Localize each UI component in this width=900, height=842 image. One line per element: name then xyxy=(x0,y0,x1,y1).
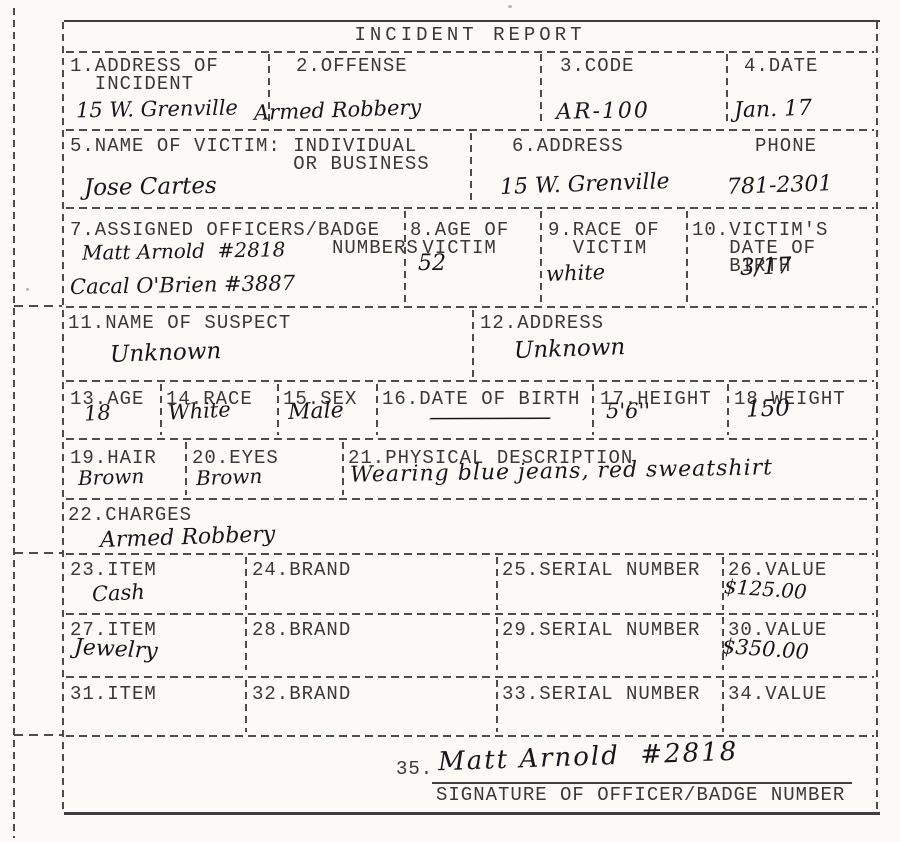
scan-speck xyxy=(508,5,512,8)
victim-age-value: 52 xyxy=(418,252,446,275)
suspect-age-value: 18 xyxy=(83,401,111,425)
page-left-edge-line xyxy=(13,8,15,838)
victim-dob-value: 3/17 xyxy=(740,255,792,280)
form-bottom-line xyxy=(64,812,880,815)
victim-address-label: 6.ADDRESS xyxy=(512,137,624,155)
column-divider xyxy=(540,211,542,303)
item3-label: 31.ITEM xyxy=(70,685,157,703)
form-gutter-line xyxy=(62,22,64,812)
victim-address-value: 15 W. Grenville xyxy=(500,170,670,199)
eyes-value: Brown xyxy=(196,465,263,490)
suspect-weight-value: 150 xyxy=(746,397,791,422)
suspect-address-label: 12.ADDRESS xyxy=(480,314,604,332)
code-label: 3.CODE xyxy=(560,57,634,75)
item1-serial-label: 25.SERIAL NUMBER xyxy=(502,561,700,579)
victim-phone-label: PHONE xyxy=(755,137,817,155)
column-divider xyxy=(496,680,498,732)
column-divider xyxy=(496,557,498,610)
hair-value: Brown xyxy=(78,465,145,490)
column-divider xyxy=(160,384,162,435)
victim-phone-value: 781-2301 xyxy=(727,172,833,199)
date-label: 4.DATE xyxy=(744,57,818,75)
scanned-incident-report: INCIDENT REPORT 1.ADDRESS OF INCIDENT 2.… xyxy=(0,0,900,842)
signature-number-label: 35. xyxy=(396,760,433,778)
incident-address-label: 1.ADDRESS OF INCIDENT xyxy=(70,57,219,93)
gutter-tick xyxy=(14,552,62,554)
column-divider xyxy=(727,384,729,435)
separator-line xyxy=(66,207,874,209)
offense-value: Armed Robbery xyxy=(254,96,422,125)
separator-line xyxy=(66,553,874,555)
gutter-tick xyxy=(14,734,62,736)
description-value: Wearing blue jeans, red sweatshirt xyxy=(350,456,773,486)
officer1-value: Matt Arnold #2818 xyxy=(82,238,286,265)
column-divider xyxy=(472,310,474,377)
charges-value: Armed Robbery xyxy=(100,523,276,552)
item3-serial-label: 33.SERIAL NUMBER xyxy=(502,685,700,703)
date-value: Jan. 17 xyxy=(734,97,813,123)
separator-line xyxy=(66,498,874,500)
officer-signature: Matt Arnold #2818 xyxy=(438,741,739,774)
victim-name-label: 5.NAME OF VICTIM: INDIVIDUAL OR BUSINESS xyxy=(70,137,430,173)
victim-race-value: white xyxy=(546,261,606,286)
separator-line xyxy=(66,613,874,615)
form-title: INCIDENT REPORT xyxy=(66,26,874,44)
column-divider xyxy=(686,211,688,303)
suspect-name-label: 11.NAME OF SUSPECT xyxy=(68,314,291,332)
item1-value-value: $125.00 xyxy=(723,575,807,604)
separator-line xyxy=(66,129,874,131)
column-divider xyxy=(540,54,542,126)
column-divider xyxy=(376,384,378,435)
separator-line xyxy=(66,438,874,440)
column-divider xyxy=(245,680,247,732)
officers-label-line2: NUMBERS xyxy=(332,239,419,257)
item1-label: 23.ITEM xyxy=(70,561,157,579)
separator-line xyxy=(66,51,874,53)
separator-line xyxy=(66,676,874,678)
scan-speck xyxy=(26,288,29,291)
column-divider xyxy=(726,54,728,126)
item1-brand-label: 24.BRAND xyxy=(252,561,351,579)
form-right-edge-line xyxy=(876,22,878,812)
item2-item-value: Jewelry xyxy=(73,636,158,663)
separator-line xyxy=(66,306,874,308)
column-divider xyxy=(342,442,344,495)
column-divider xyxy=(470,133,472,203)
incident-address-value: 15 W. Grenville xyxy=(76,97,238,123)
column-divider xyxy=(277,384,279,435)
column-divider xyxy=(592,384,594,435)
suspect-dob-value: — xyxy=(424,406,448,429)
item3-value-label: 34.VALUE xyxy=(728,685,827,703)
code-value: AR-100 xyxy=(556,99,650,124)
column-divider xyxy=(496,617,498,670)
column-divider xyxy=(722,680,724,732)
separator-line xyxy=(66,735,874,737)
suspect-height-value: 5'6'' xyxy=(606,400,650,423)
victim-name-value: Jose Cartes xyxy=(84,175,217,200)
suspect-race-value: White xyxy=(167,398,231,424)
suspect-name-value: Unknown xyxy=(110,340,222,367)
separator-line xyxy=(66,380,874,382)
column-divider xyxy=(245,617,247,670)
offense-label: 2.OFFENSE xyxy=(296,57,408,75)
charges-label: 22.CHARGES xyxy=(68,506,192,524)
item2-serial-label: 29.SERIAL NUMBER xyxy=(502,621,700,639)
item3-brand-label: 32.BRAND xyxy=(252,685,351,703)
suspect-address-value: Unknown xyxy=(514,336,626,363)
gutter-tick xyxy=(14,305,62,307)
signature-caption: SIGNATURE OF OFFICER/BADGE NUMBER xyxy=(436,786,845,804)
victim-race-label: 9.RACE OF VICTIM xyxy=(548,221,660,257)
column-divider xyxy=(185,442,187,495)
suspect-sex-value: Male xyxy=(288,399,344,424)
form-top-line xyxy=(64,20,880,22)
column-divider xyxy=(245,557,247,610)
item2-value-value: $350.00 xyxy=(721,635,809,664)
officer2-value: Cacal O'Brien #3887 xyxy=(70,272,295,299)
item1-item-value: Cash xyxy=(91,581,145,607)
item2-brand-label: 28.BRAND xyxy=(252,621,351,639)
